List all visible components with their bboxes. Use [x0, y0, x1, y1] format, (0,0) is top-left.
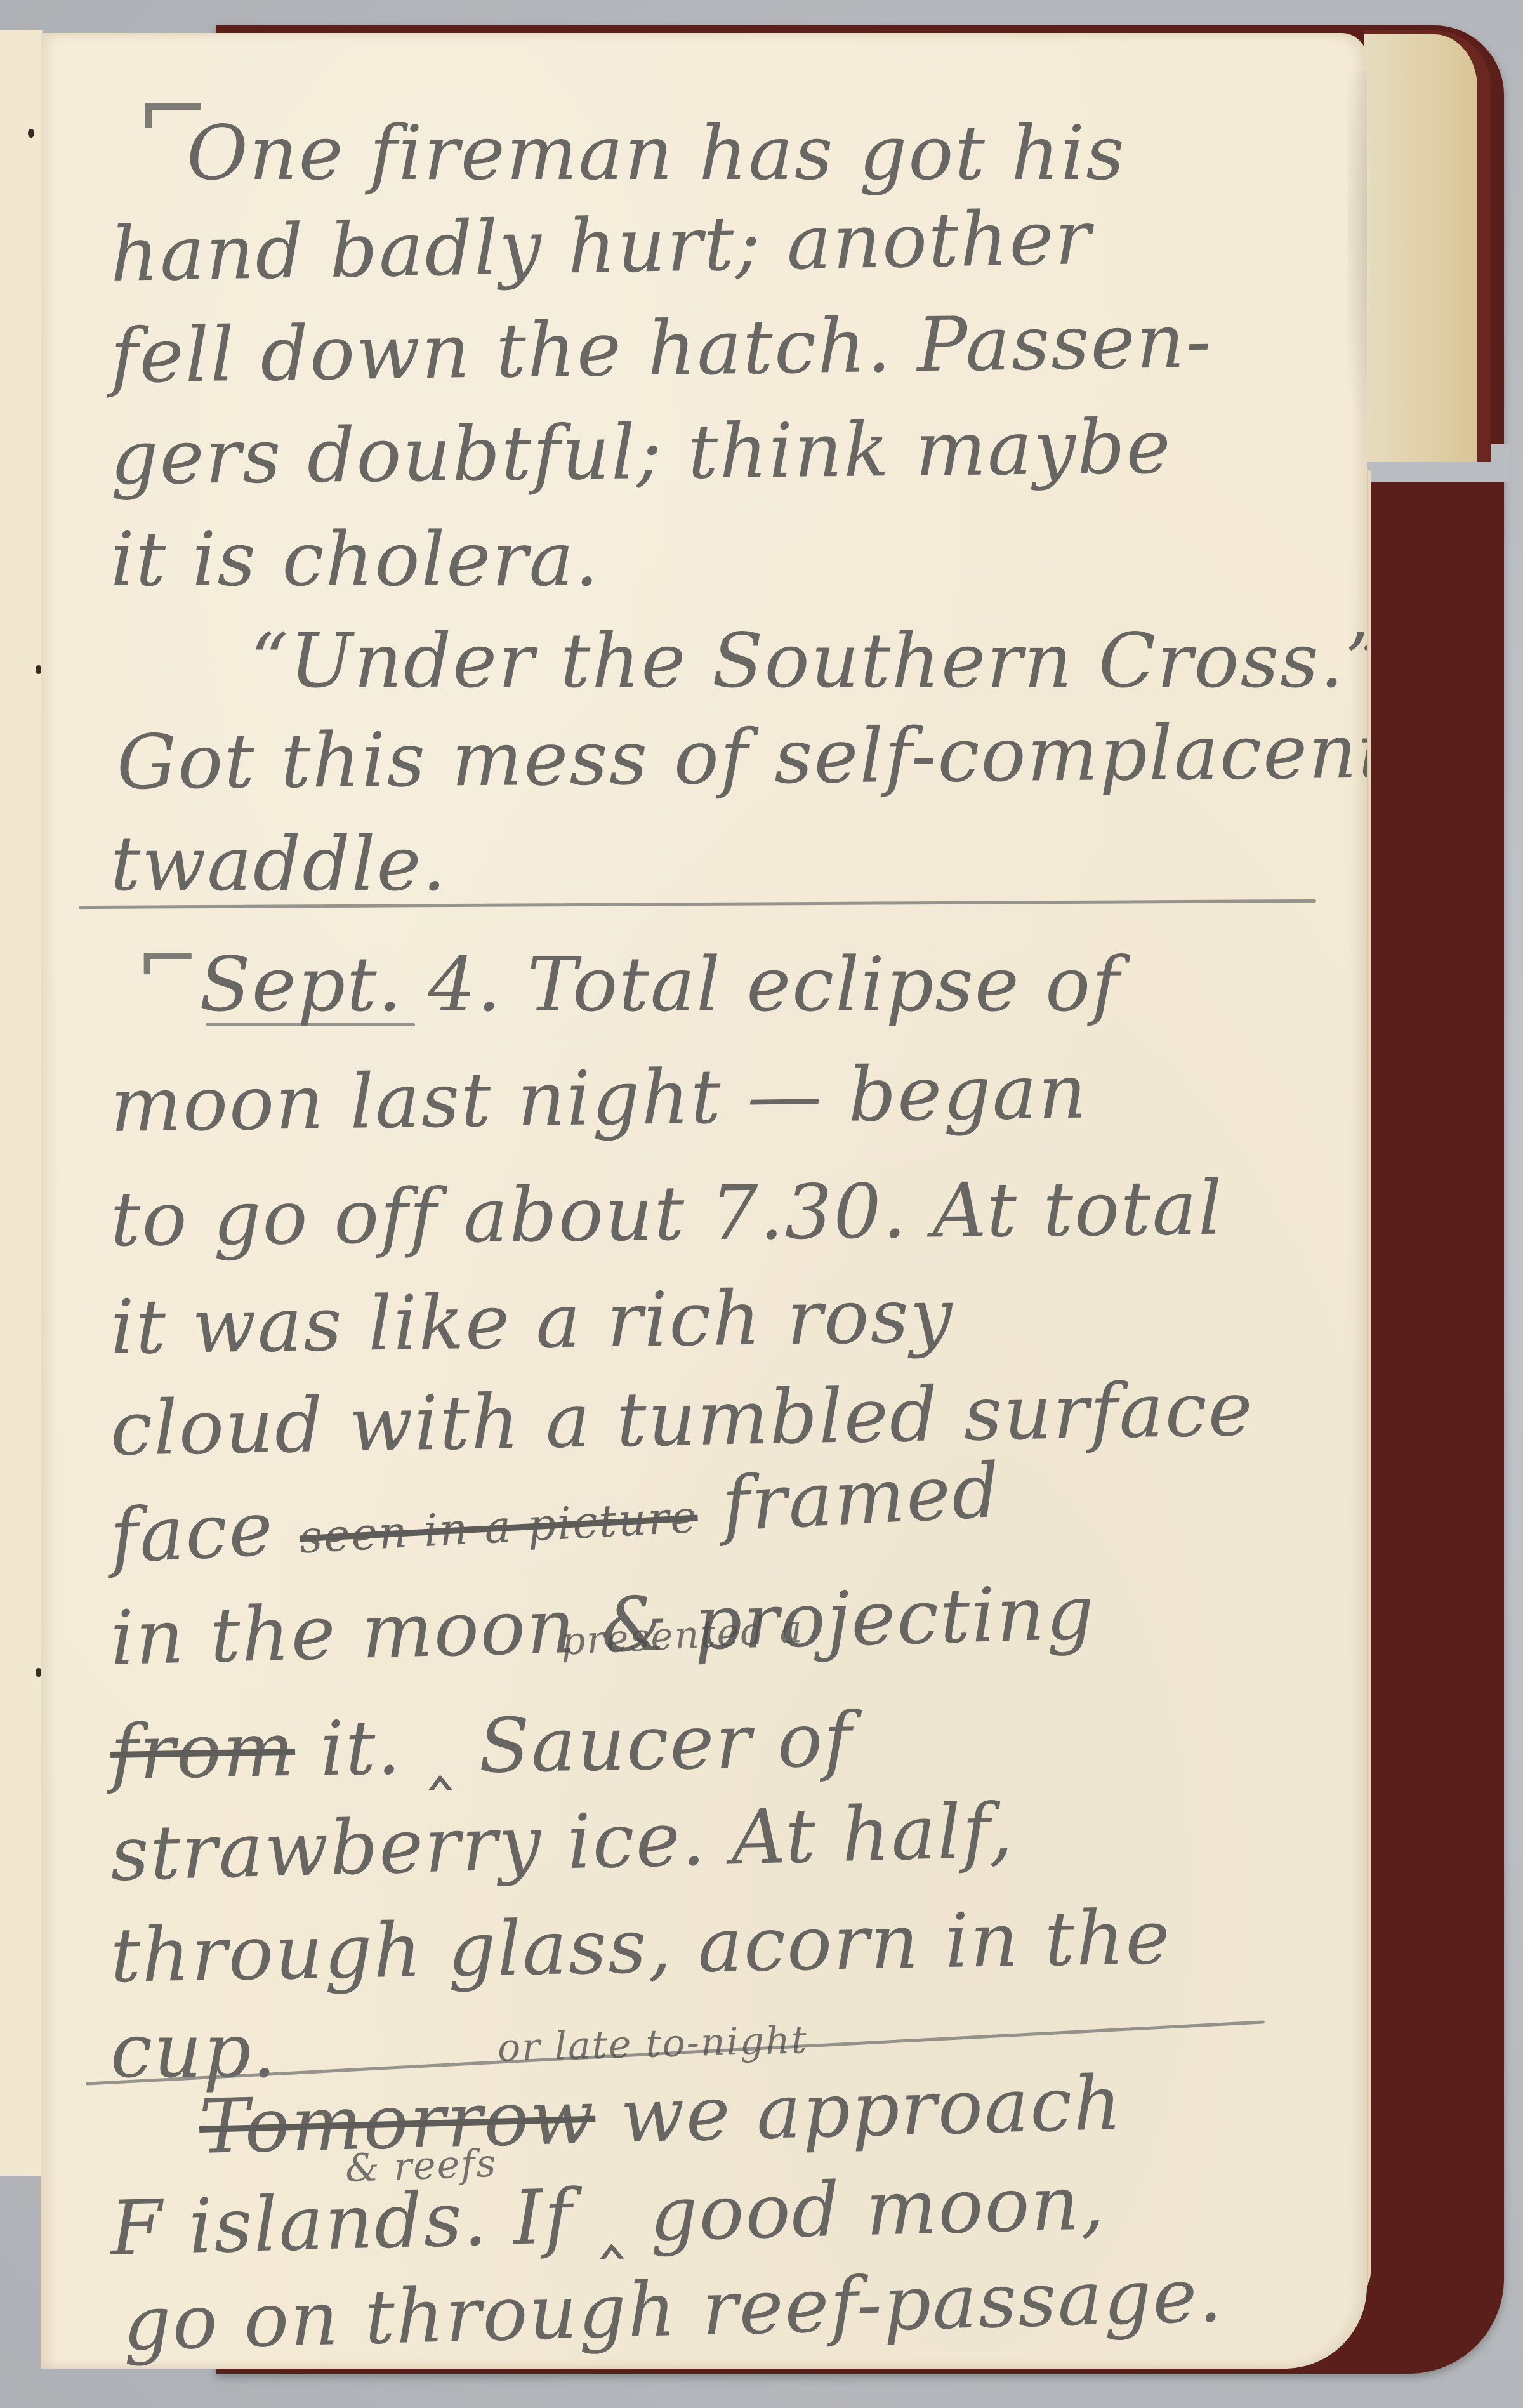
entry2-line1: “Under the Southern Cross.” [250, 617, 1367, 705]
entry4-line3: go on through reef-passage. [122, 2251, 1224, 2367]
notebook-page: ⌐ One fireman has got his hand badly hur… [41, 33, 1367, 2369]
entry1-line5: it is cholera. [110, 515, 600, 603]
entry3-line5: cloud with a tumbled surface [110, 1365, 1255, 1472]
entry2-line3: twaddle. [110, 820, 447, 908]
word-framed: framed [720, 1446, 1003, 1549]
insertion-or-late-tonight: or late to-night [497, 2018, 808, 2070]
entry1-line4: gers doubtful; think maybe [110, 402, 1172, 501]
entry1-line1: One fireman has got his [187, 109, 1126, 197]
entry1-line2: hand badly hurt; another [110, 194, 1093, 298]
entry3-line4: it was like a rich rosy [110, 1271, 954, 1371]
struck-word-from: from [110, 1705, 296, 1796]
entry-mark: ⌐ [136, 915, 200, 1003]
entry3-line8: from it. ‸ Saucer of [110, 1696, 854, 1796]
entry2-line2: Got this mess of self-complacent [116, 708, 1367, 806]
entry1-line3: fell down the hatch. Passen- [110, 297, 1213, 400]
date-underline [206, 1023, 415, 1026]
line8-rest: it. ‸ Saucer of [319, 1696, 854, 1793]
entry3-line3: to go off about 7.30. At total [110, 1164, 1223, 1263]
page-tab-corner [1364, 30, 1491, 462]
entry3-line1: Sept. 4. Total eclipse of [199, 941, 1121, 1028]
entry4-line2: F islands. If ‸ good moon, [109, 2159, 1106, 2272]
struck-phrase: seen in a picture [298, 1491, 699, 1564]
water-stain [1348, 71, 1367, 452]
entry3-line9: strawberry ice. At half, [109, 1787, 1015, 1898]
entry3-line10: through glass, acorn in the [110, 1893, 1172, 1999]
line1-rest: we approach [619, 2059, 1124, 2160]
entry3-line2: moon last night — began [110, 1048, 1088, 1149]
binding-stitch [28, 129, 34, 138]
left-facing-page-edge [0, 30, 43, 2176]
entry4-line1: Tomorrow we approach [198, 2059, 1124, 2171]
word-face: face [108, 1485, 276, 1580]
